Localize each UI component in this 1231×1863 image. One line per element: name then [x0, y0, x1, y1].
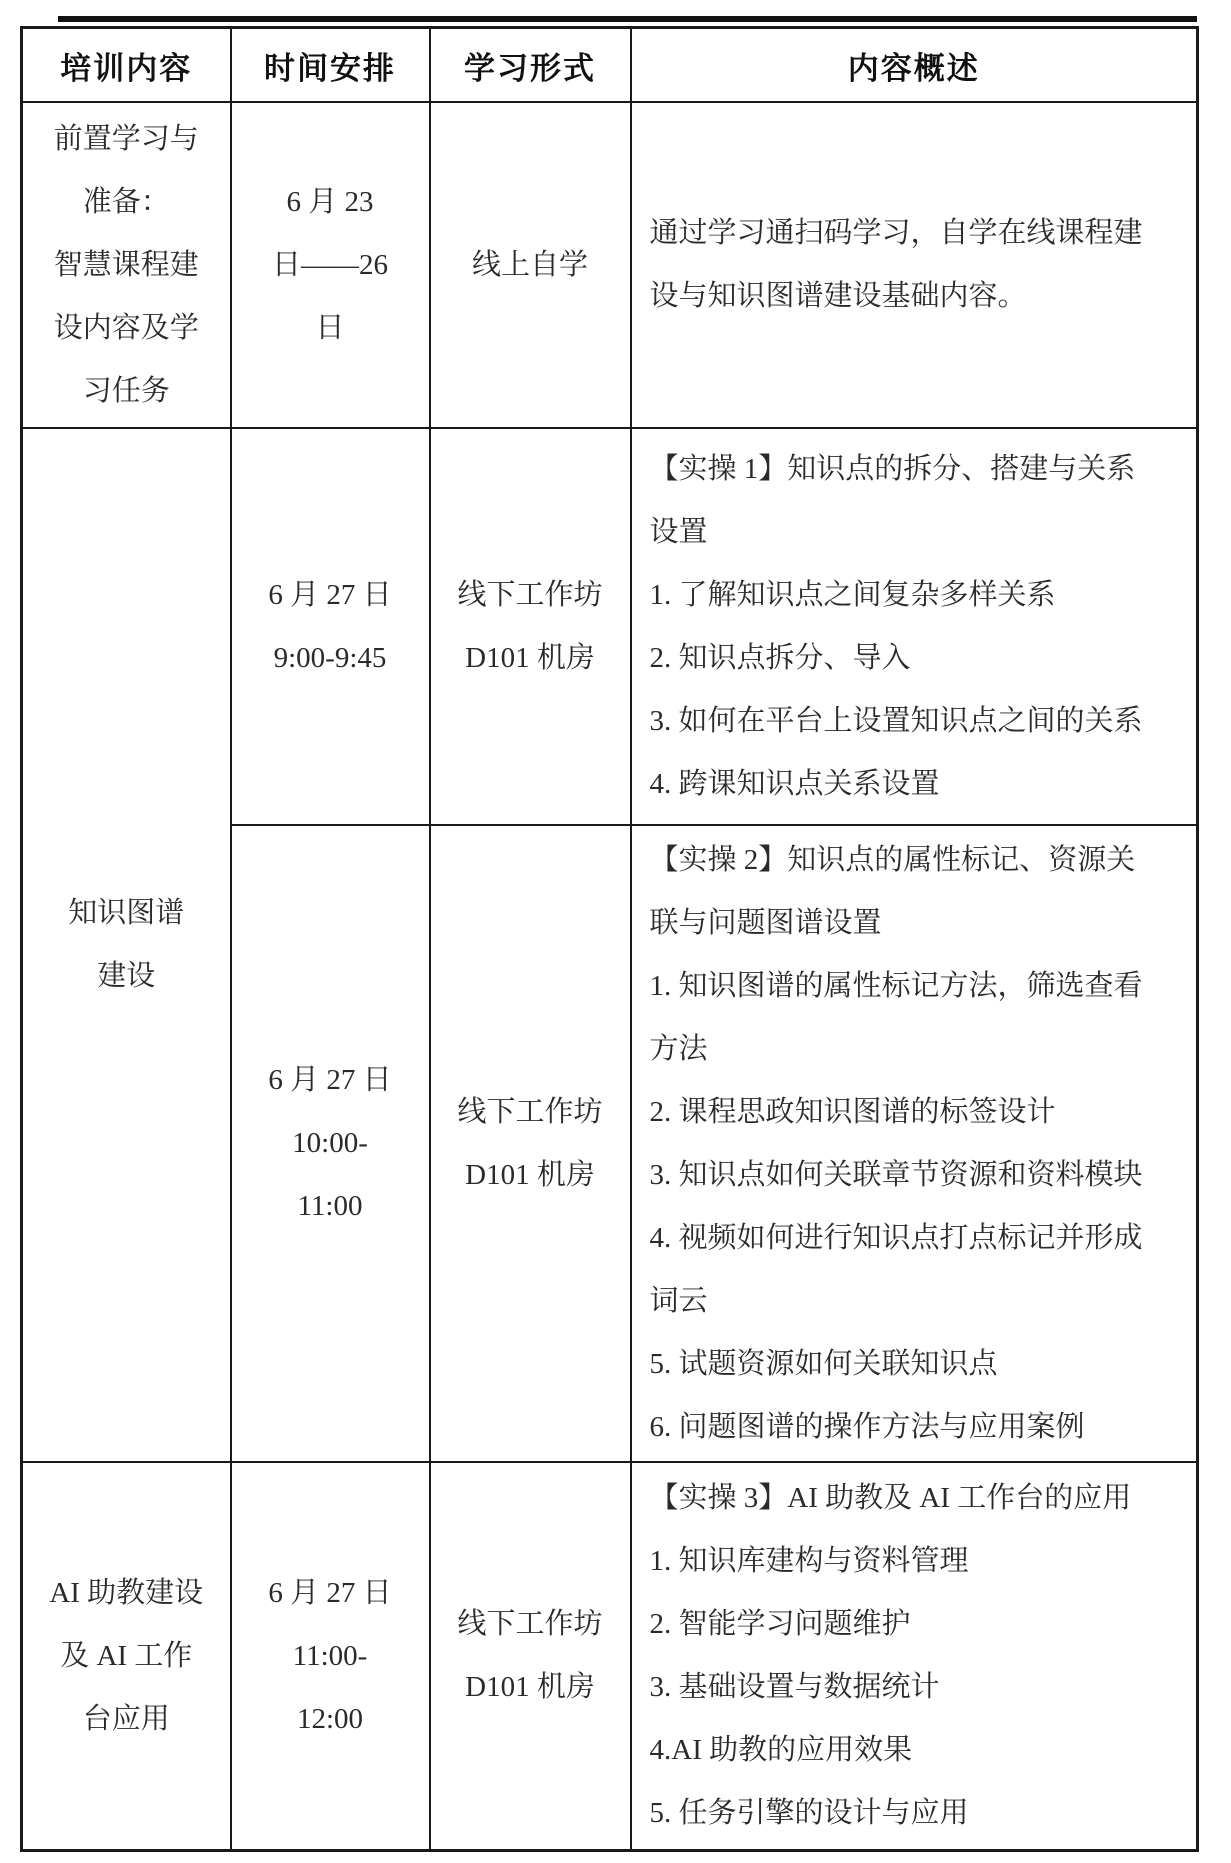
format-line: D101 机房	[431, 627, 630, 690]
time-line: 日	[232, 297, 429, 360]
overview-line: 4. 跨课知识点关系设置	[650, 753, 1189, 816]
format-line: 线下工作坊	[431, 564, 630, 627]
cell-pre-study-overview: 通过学习通扫码学习，自学在线课程建 设与知识图谱建设基础内容。	[631, 102, 1198, 428]
format-line: D101 机房	[431, 1656, 630, 1719]
topic-line: 设内容及学	[23, 297, 230, 360]
time-line: 6 月 27 日	[232, 1562, 429, 1625]
overview-line: 【实操 3】AI 助教及 AI 工作台的应用	[650, 1467, 1189, 1530]
table-header-row: 培训内容 时间安排 学习形式 内容概述	[22, 28, 1198, 103]
format-line: 线上自学	[431, 234, 630, 297]
time-line: 11:00	[232, 1175, 429, 1238]
topic-line: 习任务	[23, 360, 230, 423]
cell-kg1-format: 线下工作坊 D101 机房	[430, 428, 631, 825]
time-line: 12:00	[232, 1688, 429, 1751]
cell-ai-time: 6 月 27 日 11:00- 12:00	[231, 1462, 430, 1851]
overview-line: 6. 问题图谱的操作方法与应用案例	[650, 1396, 1189, 1459]
overview-line: 2. 课程思政知识图谱的标签设计	[650, 1081, 1189, 1144]
cell-ai-overview: 【实操 3】AI 助教及 AI 工作台的应用 1. 知识库建构与资料管理 2. …	[631, 1462, 1198, 1851]
overview-line: 5. 任务引擎的设计与应用	[650, 1782, 1189, 1845]
overview-line: 3. 如何在平台上设置知识点之间的关系	[650, 690, 1189, 753]
format-line: 线下工作坊	[431, 1593, 630, 1656]
cell-kg1-overview: 【实操 1】知识点的拆分、搭建与关系 设置 1. 了解知识点之间复杂多样关系 2…	[631, 428, 1198, 825]
cell-pre-study-format: 线上自学	[430, 102, 631, 428]
cell-kg2-time: 6 月 27 日 10:00- 11:00	[231, 825, 430, 1462]
overview-line: 3. 知识点如何关联章节资源和资料模块	[650, 1144, 1189, 1207]
cell-kg1-time: 6 月 27 日 9:00-9:45	[231, 428, 430, 825]
time-line: 6 月 27 日	[232, 564, 429, 627]
time-line: 6 月 23	[232, 171, 429, 234]
cell-kg-topic: 知识图谱 建设	[22, 428, 231, 1462]
topic-line: 台应用	[23, 1688, 230, 1751]
overview-line: 方法	[650, 1018, 1189, 1081]
cell-ai-topic: AI 助教建设 及 AI 工作 台应用	[22, 1462, 231, 1851]
topic-line: 前置学习与	[23, 108, 230, 171]
overview-line: 通过学习通扫码学习，自学在线课程建	[650, 202, 1189, 265]
header-time-schedule: 时间安排	[231, 28, 430, 103]
topic-line: 准备：	[23, 171, 230, 234]
overview-line: 设与知识图谱建设基础内容。	[650, 265, 1189, 328]
topic-line: AI 助教建设	[23, 1562, 230, 1625]
overview-line: 4.AI 助教的应用效果	[650, 1719, 1189, 1782]
overview-line: 2. 智能学习问题维护	[650, 1593, 1189, 1656]
header-learning-format: 学习形式	[430, 28, 631, 103]
top-rule-divider	[58, 16, 1197, 22]
row-pre-study: 前置学习与 准备： 智慧课程建 设内容及学 习任务 6 月 23 日——26 日…	[22, 102, 1198, 428]
overview-line: 1. 了解知识点之间复杂多样关系	[650, 564, 1189, 627]
cell-kg2-overview: 【实操 2】知识点的属性标记、资源关 联与问题图谱设置 1. 知识图谱的属性标记…	[631, 825, 1198, 1462]
row-kg-session1: 知识图谱 建设 6 月 27 日 9:00-9:45 线下工作坊 D101 机房…	[22, 428, 1198, 825]
topic-line: 及 AI 工作	[23, 1625, 230, 1688]
header-content-overview: 内容概述	[631, 28, 1198, 103]
overview-line: 2. 知识点拆分、导入	[650, 627, 1189, 690]
row-ai-assistant: AI 助教建设 及 AI 工作 台应用 6 月 27 日 11:00- 12:0…	[22, 1462, 1198, 1851]
topic-line: 智慧课程建	[23, 234, 230, 297]
overview-line: 【实操 2】知识点的属性标记、资源关	[650, 829, 1189, 892]
overview-line: 词云	[650, 1270, 1189, 1333]
time-line: 6 月 27 日	[232, 1049, 429, 1112]
topic-line: 知识图谱	[23, 882, 230, 945]
overview-line: 4. 视频如何进行知识点打点标记并形成	[650, 1207, 1189, 1270]
time-line: 11:00-	[232, 1625, 429, 1688]
header-training-content: 培训内容	[22, 28, 231, 103]
overview-line: 设置	[650, 501, 1189, 564]
cell-kg2-format: 线下工作坊 D101 机房	[430, 825, 631, 1462]
cell-pre-study-topic: 前置学习与 准备： 智慧课程建 设内容及学 习任务	[22, 102, 231, 428]
overview-line: 1. 知识库建构与资料管理	[650, 1530, 1189, 1593]
training-schedule-table: 培训内容 时间安排 学习形式 内容概述 前置学习与 准备： 智慧课程建 设内容及…	[20, 26, 1199, 1852]
overview-line: 1. 知识图谱的属性标记方法，筛选查看	[650, 955, 1189, 1018]
topic-line: 建设	[23, 945, 230, 1008]
time-line: 9:00-9:45	[232, 627, 429, 690]
time-line: 日——26	[232, 234, 429, 297]
format-line: 线下工作坊	[431, 1081, 630, 1144]
overview-line: 3. 基础设置与数据统计	[650, 1656, 1189, 1719]
overview-line: 5. 试题资源如何关联知识点	[650, 1333, 1189, 1396]
overview-line: 联与问题图谱设置	[650, 892, 1189, 955]
cell-ai-format: 线下工作坊 D101 机房	[430, 1462, 631, 1851]
overview-line: 【实操 1】知识点的拆分、搭建与关系	[650, 438, 1189, 501]
format-line: D101 机房	[431, 1144, 630, 1207]
cell-pre-study-time: 6 月 23 日——26 日	[231, 102, 430, 428]
time-line: 10:00-	[232, 1112, 429, 1175]
